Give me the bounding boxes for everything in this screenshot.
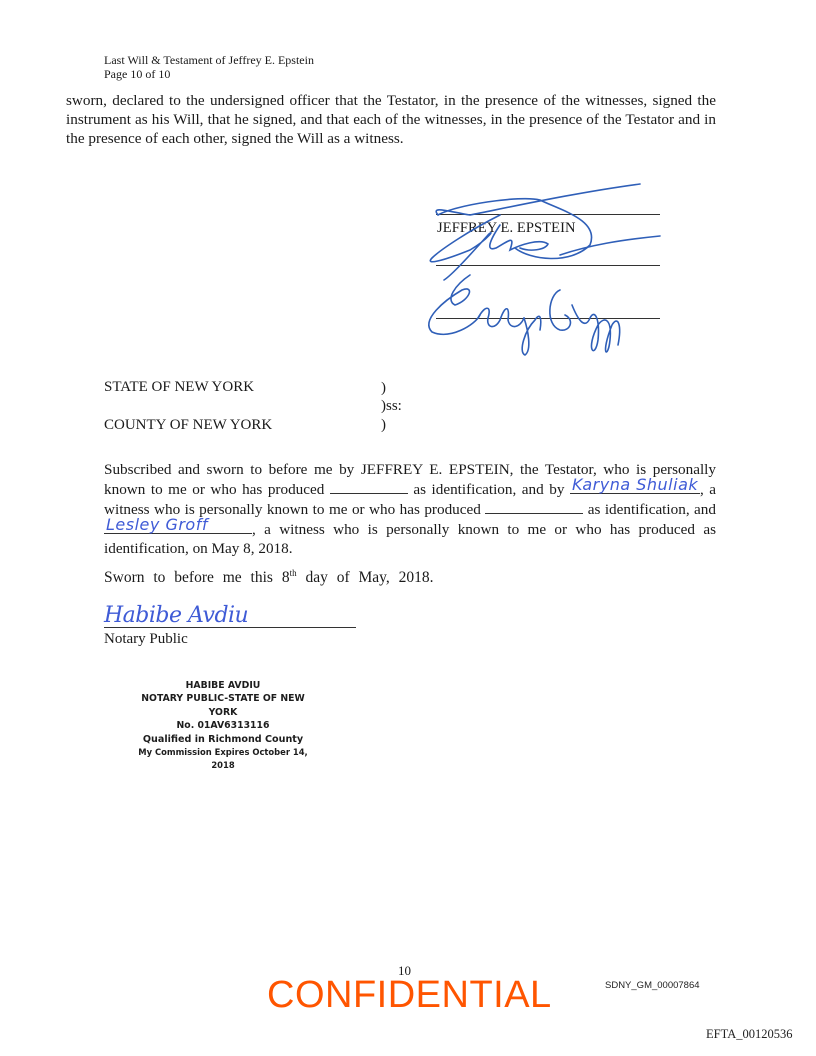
sworn-suffix: day of May, 2018. (297, 569, 434, 586)
stamp-expires: My Commission Expires October 14, 2018 (128, 746, 318, 773)
notary-signature: Habibe Avdiu (104, 603, 248, 628)
stamp-county: Qualified in Richmond County (128, 733, 318, 746)
jurat-paragraph: Subscribed and sworn to before me by JEF… (104, 460, 716, 558)
confidential-stamp: CONFIDENTIAL (267, 974, 552, 1017)
id-blank (485, 499, 583, 514)
bates-number: SDNY_GM_00007864 (605, 980, 700, 991)
notary-label: Notary Public (104, 631, 188, 648)
venue-state: STATE OF NEW YORK (104, 379, 254, 396)
jurat-text: as identification, and by (408, 481, 570, 498)
stamp-name: HABIBE AVDIU (128, 679, 318, 692)
venue-paren: ) (381, 380, 386, 397)
stamp-title: NOTARY PUBLIC-STATE OF NEW YORK (128, 692, 318, 719)
witness1-handwritten: Karyna Shuliak (572, 475, 698, 494)
notary-stamp: HABIBE AVDIU NOTARY PUBLIC-STATE OF NEW … (128, 679, 318, 773)
venue-county: COUNTY OF NEW YORK (104, 417, 272, 434)
stamp-number: No. 01AV6313116 (128, 719, 318, 732)
jurat-text: as identification, and (583, 501, 716, 518)
efta-number: EFTA_00120536 (706, 1027, 793, 1042)
handwritten-signatures (0, 0, 816, 400)
witness2-field: Lesley Groff (104, 519, 252, 534)
id-blank (330, 479, 408, 494)
witness1-field: Karyna Shuliak (570, 479, 700, 494)
sworn-prefix: Sworn to before me this 8 (104, 569, 290, 586)
venue-paren: ) (381, 417, 386, 434)
sworn-statement: Sworn to before me this 8th day of May, … (104, 568, 434, 587)
notary-signature-line (104, 627, 356, 628)
venue-ss: )ss: (381, 398, 402, 415)
witness2-handwritten: Lesley Groff (106, 515, 208, 534)
sworn-sup: th (290, 568, 297, 578)
